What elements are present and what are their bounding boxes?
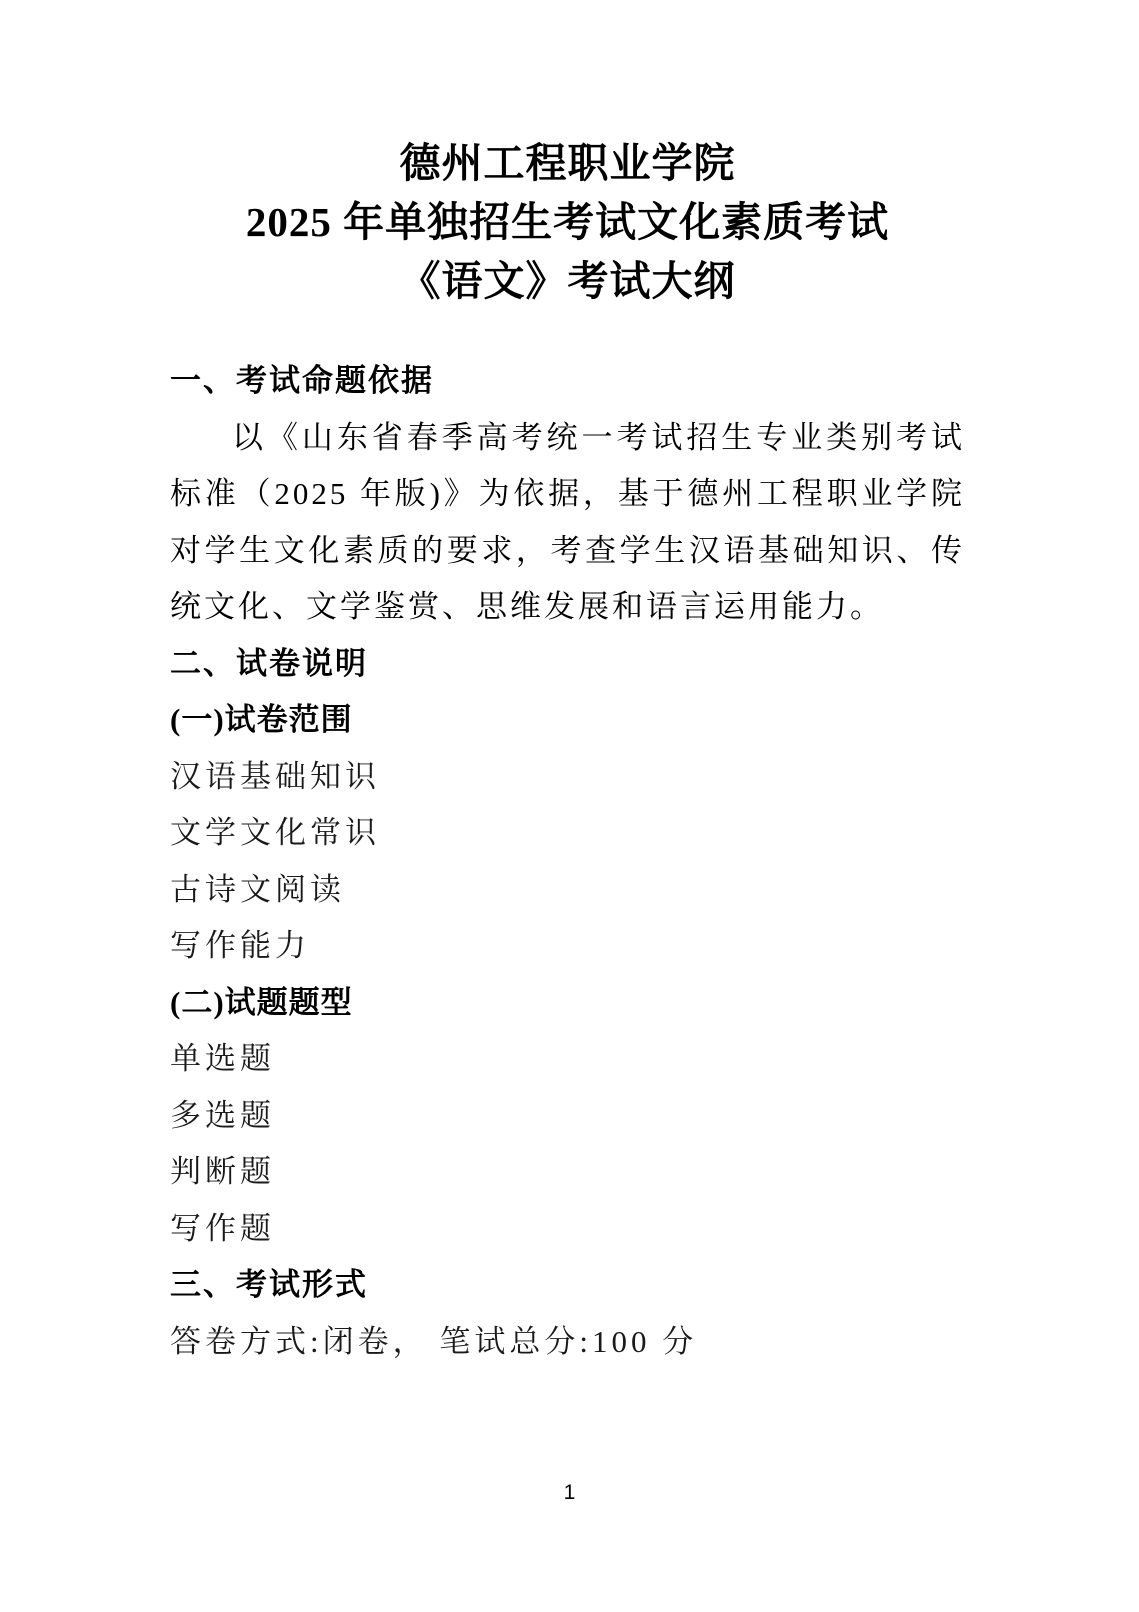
question-type-item-4: 写作题 (170, 1201, 965, 1258)
title-line-college-name: 德州工程职业学院 (170, 134, 965, 193)
subsection-question-types-heading: (二)试题题型 (170, 975, 965, 1032)
scope-item-1: 汉语基础知识 (170, 749, 965, 806)
document-page: 德州工程职业学院 2025 年单独招生考试文化素质考试 《语文》考试大纲 一、考… (0, 0, 1139, 1612)
subsection-scope-heading: (一)试卷范围 (170, 692, 965, 749)
section-1-heading: 一、考试命题依据 (170, 353, 965, 410)
section-2-heading: 二、试卷说明 (170, 636, 965, 693)
page-footer: 1 (0, 1478, 1139, 1508)
document-title: 德州工程职业学院 2025 年单独招生考试文化素质考试 《语文》考试大纲 (170, 134, 965, 311)
page-number: 1 (564, 1481, 576, 1504)
exam-format-line: 答卷方式:闭卷， 笔试总分:100 分 (170, 1314, 965, 1371)
document-body: 一、考试命题依据 以《山东省春季高考统一考试招生专业类别考试标准（2025 年版… (170, 353, 965, 1370)
document-content: 德州工程职业学院 2025 年单独招生考试文化素质考试 《语文》考试大纲 一、考… (170, 0, 965, 1370)
title-line-subject-outline: 《语文》考试大纲 (170, 252, 965, 311)
title-line-exam-name: 2025 年单独招生考试文化素质考试 (170, 193, 965, 252)
section-1-paragraph: 以《山东省春季高考统一考试招生专业类别考试标准（2025 年版)》为依据，基于德… (170, 410, 965, 636)
scope-item-4: 写作能力 (170, 918, 965, 975)
section-3-heading: 三、考试形式 (170, 1257, 965, 1314)
scope-item-3: 古诗文阅读 (170, 862, 965, 919)
question-type-item-1: 单选题 (170, 1031, 965, 1088)
question-type-item-3: 判断题 (170, 1144, 965, 1201)
scope-item-2: 文学文化常识 (170, 805, 965, 862)
question-type-item-2: 多选题 (170, 1088, 965, 1145)
